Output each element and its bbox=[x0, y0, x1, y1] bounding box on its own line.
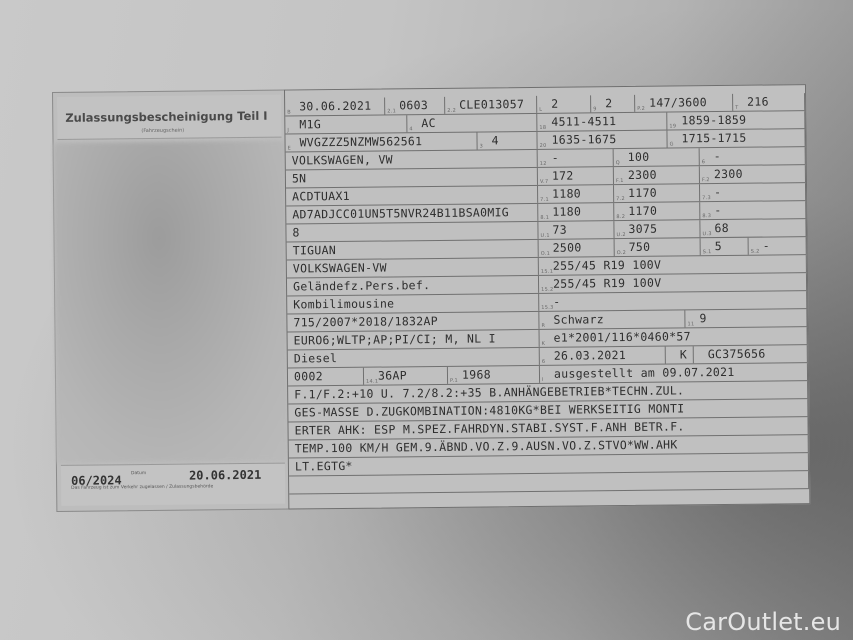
emission-class: EURO6;WLTP;AP;PI/CI; M, NL I bbox=[288, 330, 540, 350]
power-weight: Q100 bbox=[614, 148, 700, 166]
axle1-reg: 8.11180 bbox=[538, 203, 614, 221]
left-panel: Zulassungsbescheinigung Teil I (Fahrzeug… bbox=[52, 90, 290, 512]
blurred-holder-section bbox=[54, 141, 289, 463]
width: 191859-1859 bbox=[667, 111, 805, 129]
emission-code: 14.136AP bbox=[364, 367, 448, 385]
issue-date: 20.06.2021 bbox=[189, 468, 261, 483]
brand: VOLKSWAGEN, VW bbox=[286, 150, 538, 170]
issued-date: Iausgestellt am 09.07.2021 bbox=[540, 363, 808, 383]
axle3-reg: 8.3- bbox=[700, 201, 806, 219]
max-speed: T216 bbox=[733, 93, 805, 111]
tyres-axle2: 15.2255/45 R19 100V bbox=[539, 273, 807, 293]
footer-note: Das Fahrzeug ist zum Verkehr zugelassen … bbox=[71, 484, 271, 491]
type-code: 2.2CLE013057 bbox=[445, 96, 537, 114]
vin: EWVGZZZ5NZMW562561 bbox=[285, 133, 477, 152]
color: RSchwarz bbox=[539, 310, 685, 329]
watermark-logo: CarOutlet.eu bbox=[685, 608, 841, 636]
rpm: U.23075 bbox=[614, 220, 700, 238]
manufacturer-code: 2.10603 bbox=[385, 97, 445, 115]
first-registration: B30.06.2021 bbox=[285, 98, 385, 116]
document-subtitle: (Fahrzeugschein) bbox=[141, 128, 184, 134]
body-code: 4AC bbox=[407, 114, 537, 132]
noise-driving: U.368 bbox=[700, 219, 806, 237]
type: 5N bbox=[286, 168, 538, 188]
color-code: 119 bbox=[685, 309, 807, 327]
displacement: P.11968 bbox=[448, 366, 540, 384]
hu-code: K bbox=[666, 346, 694, 363]
tank: V.7172 bbox=[538, 167, 614, 185]
version: AD7ADJCC01UN5T5NVR24B11BSA0MIG bbox=[286, 204, 538, 224]
driven-axles: 92 bbox=[591, 95, 635, 112]
body-type: Kombilimousine bbox=[287, 294, 539, 314]
trailer-unbraked: O.2750 bbox=[615, 238, 701, 256]
vehicle-type: Geländefz.Pers.bef. bbox=[287, 276, 539, 296]
field-q: 6- bbox=[700, 147, 806, 165]
vehicle-class: JM1G bbox=[285, 115, 407, 133]
validity-box: 06/2024 Datum 20.06.2021 Das Fahrzeug is… bbox=[61, 463, 285, 506]
max-mass-reg: F.22300 bbox=[700, 165, 806, 183]
ec-approval: Ke1*2001/116*0460*57 bbox=[540, 327, 808, 347]
seats: S.15 bbox=[701, 238, 749, 256]
tyres-axle1: 15.1255/45 R19 100V bbox=[539, 255, 807, 275]
commercial-name: TIGUAN bbox=[287, 240, 539, 260]
tyres-axle3: 15.3- bbox=[539, 291, 807, 311]
manufacturer: VOLKSWAGEN-VW bbox=[287, 258, 539, 278]
approval: 715/2007*2018/1832AP bbox=[287, 312, 539, 332]
hu-date: 626.03.2021 bbox=[540, 347, 666, 365]
version-suffix: 8 bbox=[286, 222, 538, 242]
document-title: Zulassungsbescheinigung Teil I bbox=[65, 109, 267, 125]
variant: ACDTUAX1 bbox=[286, 186, 538, 206]
volume: 12- bbox=[538, 149, 614, 167]
noise-standing: U.173 bbox=[538, 221, 614, 239]
data-grid: B30.06.2021 2.10603 2.2CLE013057 L2 92 P… bbox=[284, 84, 810, 509]
axle2-max: 7.21170 bbox=[614, 184, 700, 202]
fuel: Diesel bbox=[288, 348, 540, 368]
title-box: Zulassungsbescheinigung Teil I (Fahrzeug… bbox=[57, 95, 281, 140]
axle1-max: 7.11180 bbox=[538, 185, 614, 203]
axles: L2 bbox=[537, 95, 591, 113]
remarks-section: F.1/F.2:+10 U. 7.2/8.2:+35 B.ANHÄNGEBETR… bbox=[285, 85, 805, 90]
axle2-reg: 8.21170 bbox=[614, 202, 700, 220]
fuel-code: 0002 bbox=[288, 368, 364, 386]
validity-note: Datum bbox=[131, 471, 146, 476]
certificate-number: GC375656 bbox=[694, 345, 808, 363]
check-digit: 34 bbox=[477, 132, 537, 150]
height: 201635-1675 bbox=[537, 131, 667, 149]
registration-document: Zulassungsbescheinigung Teil I (Fahrzeug… bbox=[52, 84, 808, 510]
trailer-braked: O.12500 bbox=[539, 239, 615, 257]
power: P.2147/3600 bbox=[635, 94, 733, 112]
axle3-max: 7.3- bbox=[700, 183, 806, 201]
max-mass: F.12300 bbox=[614, 166, 700, 184]
empty-mass: G1715-1715 bbox=[667, 129, 805, 147]
standing: S.2- bbox=[749, 237, 807, 255]
length: 184511-4511 bbox=[537, 113, 667, 131]
